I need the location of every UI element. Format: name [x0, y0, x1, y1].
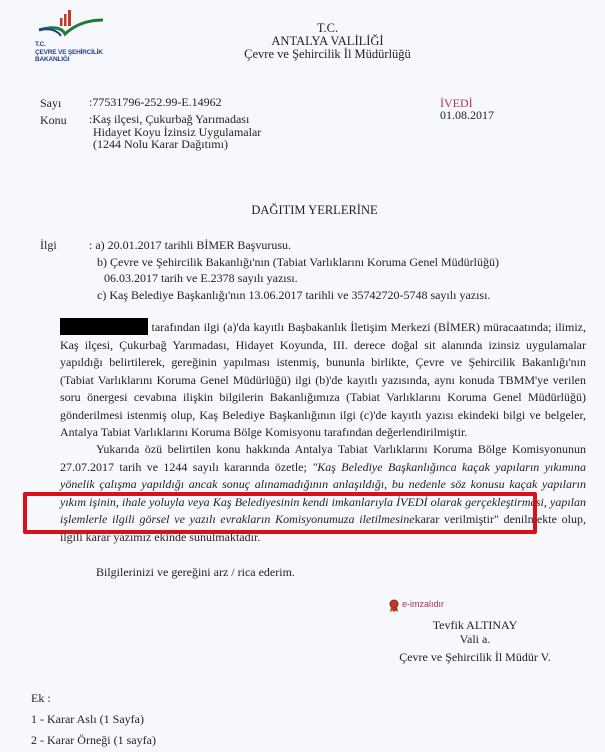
ilgi-item-c: c) Kaş Belediye Başkanlığı'nın 13.06.201… — [97, 288, 490, 303]
konu-line: (1244 Nolu Karar Dağıtımı) — [89, 138, 261, 151]
highlight-annotation — [23, 492, 537, 534]
attachment-item: 1 - Karar Aslı (1 Sayfa) — [31, 712, 144, 727]
paragraph-1-text: tarafından ilgi (a)'da kayıtlı Başbakanl… — [60, 320, 586, 439]
konu-line: :Kaş ilçesi, Çukurbağ Yarımadası — [89, 113, 261, 126]
ilgi-item-b: b) Çevre ve Şehircilik Bakanlığı'nın (Ta… — [97, 255, 499, 270]
closing-line: Bilgilerinizi ve gereğini arz / rica ede… — [96, 564, 605, 582]
document-date: 01.08.2017 — [440, 108, 494, 123]
sayi-value: :77531796-252.99-E.14962 — [89, 96, 222, 109]
document-title: DAĞITIM YERLERİNE — [12, 203, 605, 218]
signatory-block: Tevfik ALTINAY Vali a. Çevre ve Şehircil… — [350, 618, 600, 664]
signatory-title: Çevre ve Şehircilik İl Müdür V. — [350, 650, 600, 664]
body-paragraph-1: tarafından ilgi (a)'da kayıtlı Başbakanl… — [60, 318, 586, 442]
konu-label: Konu — [40, 113, 67, 128]
ilgi-item-b-cont: 06.03.2017 tarih ve E.2378 sayılı yazısı… — [104, 271, 298, 286]
redaction-block — [60, 318, 148, 335]
e-signature-badge: e-imzalıdır — [402, 599, 444, 609]
seal-icon — [388, 599, 400, 618]
ilgi-item-a: : a) 20.01.2017 tarihli BİMER Başvurusu. — [89, 238, 291, 253]
signatory-name: Tevfik ALTINAY — [350, 618, 600, 632]
konu-value: :Kaş ilçesi, Çukurbağ Yarımadası Hidayet… — [89, 113, 261, 151]
attachments-label: Ek : — [31, 691, 51, 706]
sayi-label: Sayı — [40, 96, 61, 111]
letterhead: T.C. ANTALYA VALİLİĞİ Çevre ve Şehircili… — [0, 22, 605, 61]
attachment-item: 2 - Karar Örneği (1 sayfa) — [31, 733, 156, 748]
header-directorate: Çevre ve Şehircilik İl Müdürlüğü — [50, 48, 605, 61]
ilgi-label: İlgi — [40, 238, 57, 253]
signatory-role: Vali a. — [350, 632, 600, 646]
